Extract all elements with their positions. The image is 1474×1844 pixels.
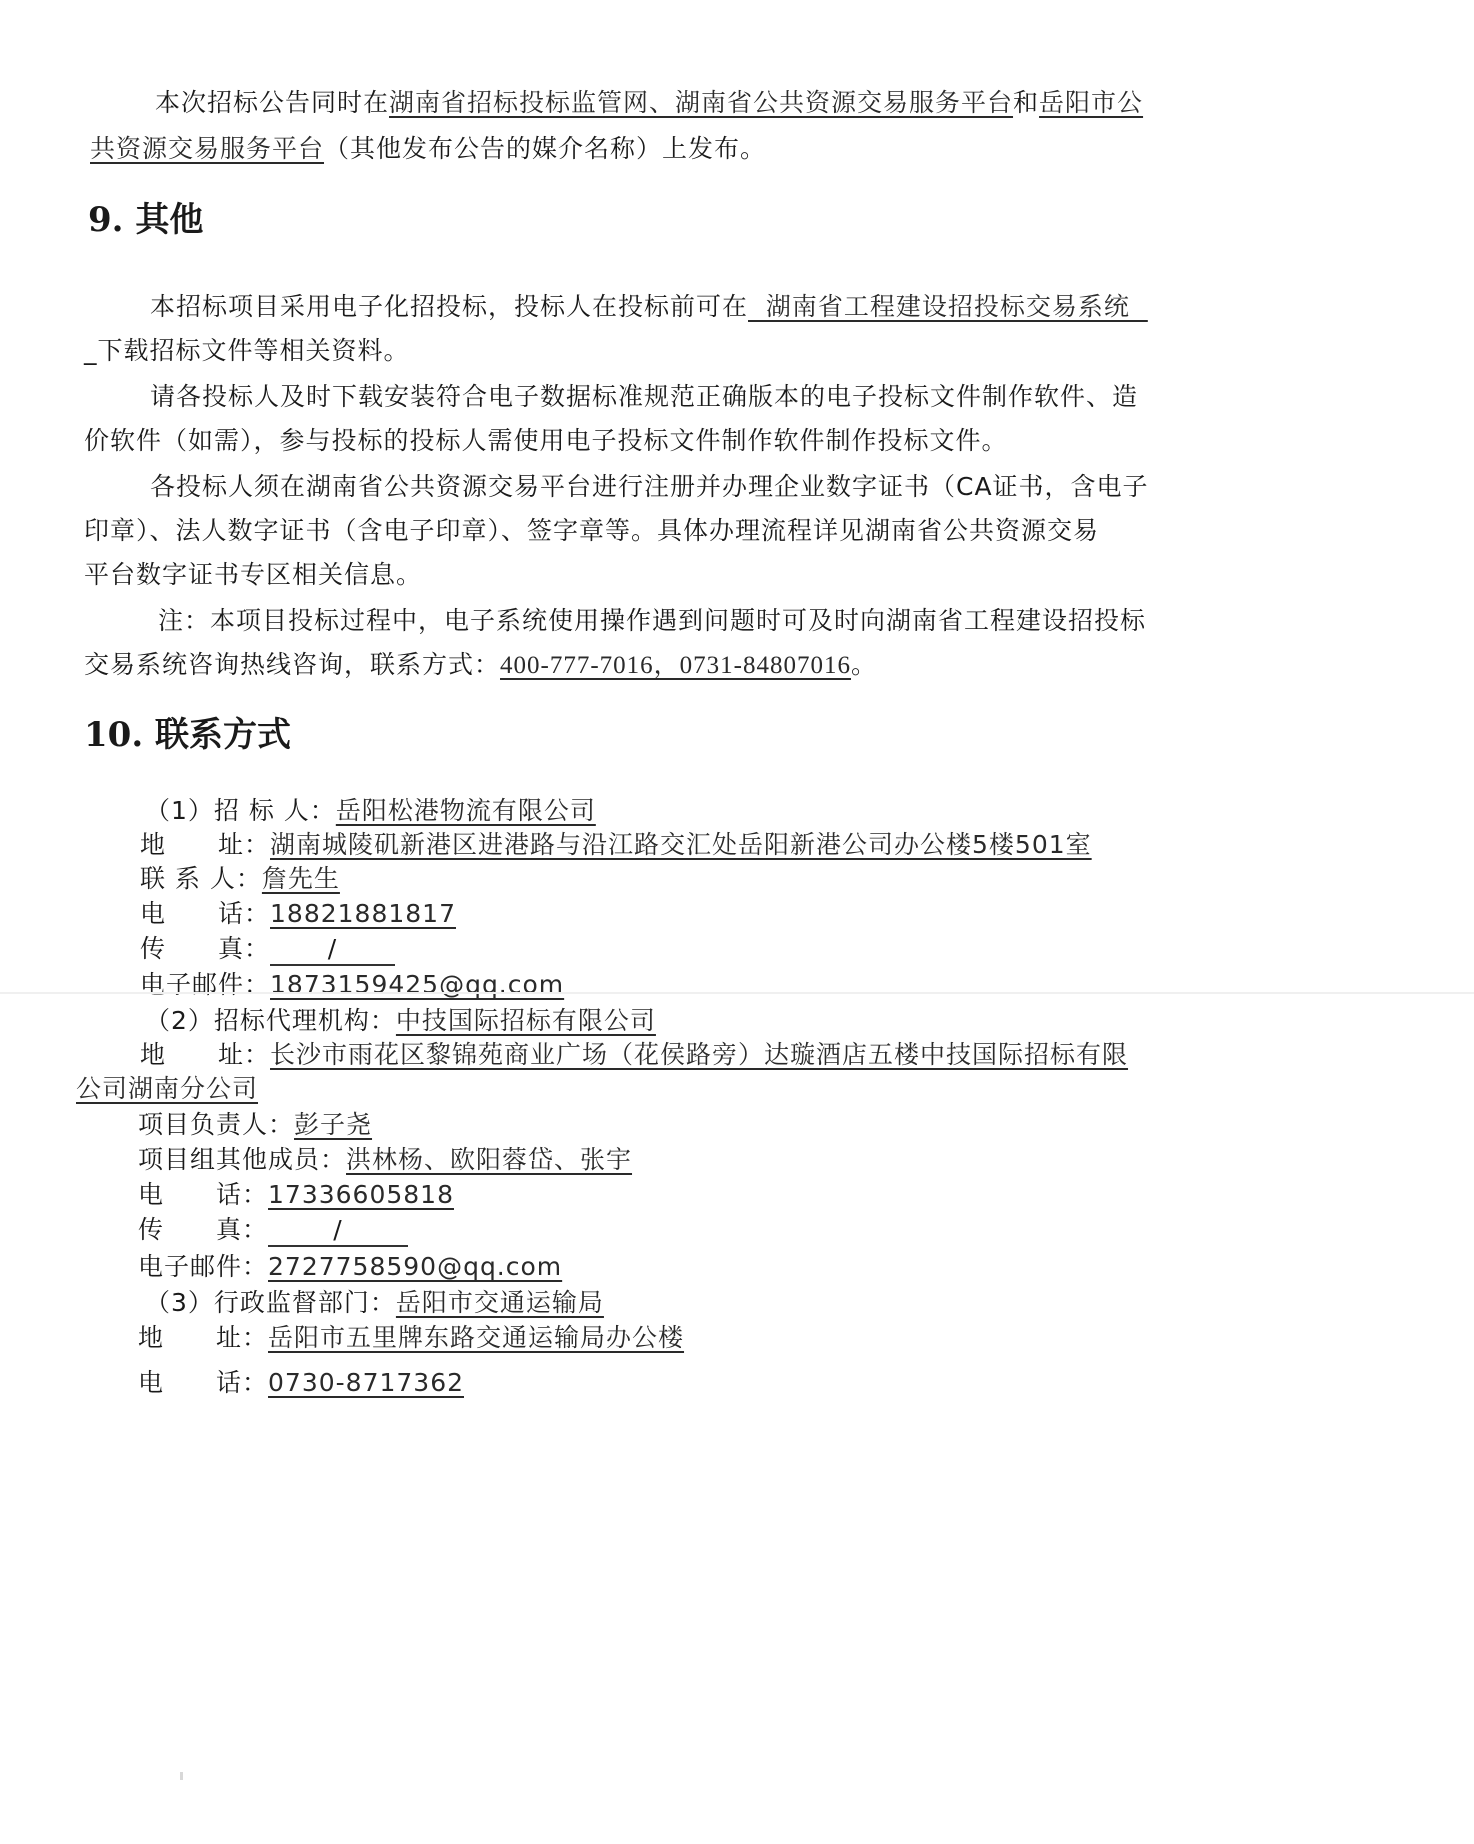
publish-media-2a: 岳阳市公 <box>1039 88 1143 117</box>
agency-phone-label: 电 话： <box>138 1180 268 1209</box>
s9-p4-line-2: 交易系统咨询热线咨询，联系方式：400-777-7016，0731-848070… <box>84 648 877 683</box>
supervisor-address-row: 地 址：岳阳市五里牌东路交通运输局办公楼 <box>138 1321 684 1355</box>
s9-p2-line-2: 价软件（如需），参与投标的投标人需使用电子投标文件制作软件制作投标文件。 <box>84 424 1008 458</box>
s9-p1-line-1: 本招标项目采用电子化招投标，投标人在投标前可在 湖南省工程建设招投标交易系统 <box>150 290 1148 324</box>
publish-prefix: 本次招标公告同时在 <box>155 88 389 117</box>
agency-fax: / <box>268 1217 408 1247</box>
agency-manager-label: 项目负责人： <box>138 1110 294 1139</box>
agency-manager-row: 项目负责人：彭子尧 <box>138 1108 372 1142</box>
agency-members-label: 项目组其他成员： <box>138 1145 346 1174</box>
agency-phone: 17336605818 <box>268 1180 454 1209</box>
agency-email: 2727758590@qq.com <box>268 1252 562 1281</box>
agency-phone-row: 电 话：17336605818 <box>138 1178 454 1212</box>
publish-line-2: 共资源交易服务平台（其他发布公告的媒介名称）上发布。 <box>90 132 766 166</box>
agency-fax-row: 传 真：/ <box>138 1213 408 1247</box>
tenderer-name-row: （1）招 标 人：岳阳松港物流有限公司 <box>145 794 596 828</box>
tenderer-contact-label: 联 系 人： <box>140 864 262 893</box>
publish-suffix: （其他发布公告的媒介名称）上发布。 <box>324 134 766 163</box>
s9-p1-prefix: 本招标项目采用电子化招投标，投标人在投标前可在 <box>150 292 748 321</box>
agency-members: 洪林杨、欧阳蓉岱、张宇 <box>346 1145 632 1174</box>
tenderer-fax-label: 传 真： <box>140 934 270 963</box>
s9-p4-prefix: 交易系统咨询热线咨询，联系方式： <box>84 650 500 679</box>
hotline-numbers: 400-777-7016，0731-84807016 <box>500 652 851 679</box>
tenderer-label: （1）招 标 人： <box>145 796 336 825</box>
publish-media-1: 湖南省招标投标监管网、湖南省公共资源交易服务平台 <box>389 88 1013 117</box>
tenderer-name: 岳阳松港物流有限公司 <box>336 796 596 825</box>
agency-email-row: 电子邮件：2727758590@qq.com <box>138 1250 562 1284</box>
tenderer-address-label: 地 址： <box>140 830 270 859</box>
tenderer-contact-row: 联 系 人：詹先生 <box>140 862 340 896</box>
scan-artifact-line <box>0 992 1474 994</box>
tenderer-address: 湖南城陵矶新港区进港路与沿江路交汇处岳阳新港公司办公楼5楼501室 <box>270 830 1092 859</box>
tenderer-address-row: 地 址：湖南城陵矶新港区进港路与沿江路交汇处岳阳新港公司办公楼5楼501室 <box>140 828 1092 862</box>
supervisor-address-label: 地 址： <box>138 1323 268 1352</box>
agency-label: （2）招标代理机构： <box>145 1006 396 1035</box>
s9-p4-end: 。 <box>851 650 877 679</box>
agency-members-row: 项目组其他成员：洪林杨、欧阳蓉岱、张宇 <box>138 1143 632 1177</box>
s9-p1-system: 湖南省工程建设招投标交易系统 <box>748 292 1148 321</box>
publish-media-2b: 共资源交易服务平台 <box>90 134 324 163</box>
s9-p3-line-1: 各投标人须在湖南省公共资源交易平台进行注册并办理企业数字证书（CA证书，含电子 <box>150 470 1149 504</box>
tenderer-fax: / <box>270 936 395 966</box>
agency-name: 中技国际招标有限公司 <box>396 1006 656 1035</box>
agency-manager: 彭子尧 <box>294 1110 372 1139</box>
publish-line-1: 本次招标公告同时在湖南省招标投标监管网、湖南省公共资源交易服务平台和岳阳市公 <box>155 86 1143 120</box>
tenderer-email-row: 电子邮件：1873159425@qq.com <box>140 968 564 1002</box>
section-9-heading: 9. 其他 <box>88 200 203 240</box>
supervisor-address: 岳阳市五里牌东路交通运输局办公楼 <box>268 1323 684 1352</box>
supervisor-phone-row: 电 话：0730-8717362 <box>138 1366 464 1400</box>
s9-p3-line-2: 印章）、法人数字证书（含电子印章）、签字章等。具体办理流程详见湖南省公共资源交易 <box>84 514 1099 548</box>
s9-p2-line-1: 请各投标人及时下载安装符合电子数据标准规范正确版本的电子投标文件制作软件、造 <box>150 380 1138 414</box>
agency-name-row: （2）招标代理机构：中技国际招标有限公司 <box>145 1004 656 1038</box>
tenderer-email-label: 电子邮件： <box>140 970 270 999</box>
s9-p4-line-1: 注：本项目投标过程中，电子系统使用操作遇到问题时可及时向湖南省工程建设招投标 <box>158 604 1146 638</box>
tenderer-email: 1873159425@qq.com <box>270 970 564 999</box>
section-10-heading: 10. 联系方式 <box>84 715 291 755</box>
agency-address-label: 地 址： <box>140 1040 270 1069</box>
supervisor-name: 岳阳市交通运输局 <box>396 1288 604 1317</box>
s9-p3-line-3: 平台数字证书专区相关信息。 <box>84 558 422 592</box>
agency-address-line-2: 公司湖南分公司 <box>76 1074 258 1103</box>
supervisor-label: （3）行政监督部门： <box>145 1288 396 1317</box>
document-page: 本次招标公告同时在湖南省招标投标监管网、湖南省公共资源交易服务平台和岳阳市公 共… <box>0 0 1474 1844</box>
tenderer-contact: 詹先生 <box>262 864 340 893</box>
supervisor-phone-label: 电 话： <box>138 1368 268 1397</box>
agency-address-line-1: 长沙市雨花区黎锦苑商业广场（花侯路旁）达璇酒店五楼中技国际招标有限 <box>270 1040 1128 1069</box>
agency-fax-label: 传 真： <box>138 1215 268 1244</box>
tenderer-phone-row: 电 话：18821881817 <box>140 897 456 931</box>
agency-address-row-1: 地 址：长沙市雨花区黎锦苑商业广场（花侯路旁）达璇酒店五楼中技国际招标有限 <box>140 1038 1128 1072</box>
agency-address-row-2: 公司湖南分公司 <box>76 1072 258 1106</box>
agency-email-label: 电子邮件： <box>138 1252 268 1281</box>
scan-speck <box>180 1772 183 1780</box>
s9-p1-line-2: _下载招标文件等相关资料。 <box>84 334 410 368</box>
supervisor-phone: 0730-8717362 <box>268 1368 464 1397</box>
tenderer-fax-row: 传 真：/ <box>140 932 395 966</box>
tenderer-phone: 18821881817 <box>270 899 456 928</box>
publish-joiner: 和 <box>1013 88 1039 117</box>
tenderer-phone-label: 电 话： <box>140 899 270 928</box>
supervisor-name-row: （3）行政监督部门：岳阳市交通运输局 <box>145 1286 604 1320</box>
